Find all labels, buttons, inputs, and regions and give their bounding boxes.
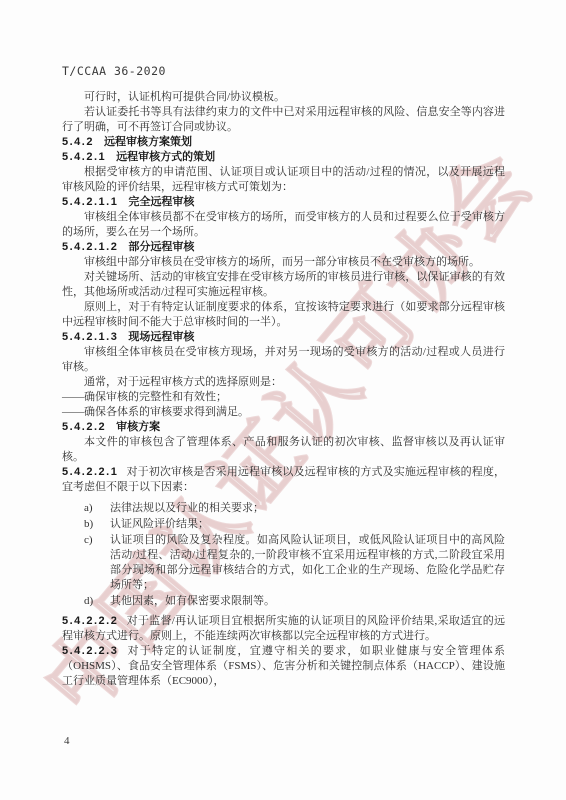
paragraph: 本文件的审核包含了管理体系、产品和服务认证的初次审核、监督审核以及再认证审核。 — [62, 435, 505, 465]
list-marker: c) — [84, 533, 110, 593]
paragraph: 通常，对于远程审核方式的选择原则是： — [62, 375, 505, 390]
section-number: 5.4.2.2 — [62, 421, 106, 433]
section-number: 5.4.2 — [62, 136, 94, 148]
list-item: b)认证风险评价结果； — [62, 517, 505, 532]
section-heading-5-4-2-1-1: 5.4.2.1.1完全远程审核 — [62, 195, 505, 210]
section-number: 5.4.2.1.2 — [62, 241, 118, 253]
clause-paragraph-5-4-2-2-1: 5.4.2.2.1对于初次审核是否采用远程审核以及远程审核的方式及实施远程审核的… — [62, 465, 505, 495]
document-page: 中国认证认可协会 T/CCAA 36-2020 可行时，认证机构可提供合同/协议… — [0, 0, 566, 800]
list-item-text: 认证项目的风险及复杂程度。如高风险认证项目，或低风险认证项目中的高风险活动/过程… — [110, 533, 505, 593]
paragraph: 根据受审核方的申请范围、认证项目或认证项目中的活动/过程的情况，以及开展远程审核… — [62, 165, 505, 195]
paragraph: 审核组全体审核员都不在受审核方的场所，而受审核方的人员和过程要么位于受审核方的场… — [62, 210, 505, 240]
clause-number: 5.4.2.2.1 — [62, 466, 118, 478]
paragraph: 可行时，认证机构可提供合同/协议模板。 — [62, 90, 505, 105]
list-item-text: 其他因素，如有保密要求限制等。 — [110, 594, 505, 609]
section-number: 5.4.2.1 — [62, 151, 106, 163]
list-item-text: 认证风险评价结果； — [110, 517, 505, 532]
list-item: c)认证项目的风险及复杂程度。如高风险认证项目，或低风险认证项目中的高风险活动/… — [62, 533, 505, 593]
clause-paragraph-5-4-2-2-2: 5.4.2.2.2对于监督/再认证项目宜根据所实施的认证项目的风险评价结果,采取… — [62, 614, 505, 644]
list-item-text: 法律法规以及行业的相关要求； — [110, 501, 505, 516]
list-marker: a) — [84, 501, 110, 516]
section-heading-5-4-2-1: 5.4.2.1远程审核方式的策划 — [62, 150, 505, 165]
section-title: 部分远程审核 — [128, 241, 194, 253]
section-title: 完全远程审核 — [128, 196, 194, 208]
clause-text: 对于初次审核是否采用远程审核以及远程审核的方式及实施远程审核的程度，宜考虑但不限… — [62, 466, 505, 493]
section-heading-5-4-2-2: 5.4.2.2审核方案 — [62, 420, 505, 435]
section-number: 5.4.2.1.1 — [62, 196, 118, 208]
section-title: 审核方案 — [116, 421, 160, 433]
section-title: 远程审核方案策划 — [104, 136, 192, 148]
paragraph: 审核组全体审核员在受审核方现场，并对另一现场的受审核方的活动/过程或人员进行审核… — [62, 345, 505, 375]
section-heading-5-4-2-1-3: 5.4.2.1.3现场远程审核 — [62, 330, 505, 345]
list-marker: b) — [84, 517, 110, 532]
document-body: 可行时，认证机构可提供合同/协议模板。 若认证委托书等具有法律约束力的文件中已对… — [62, 90, 505, 689]
section-number: 5.4.2.1.3 — [62, 331, 118, 343]
clause-number: 5.4.2.2.3 — [62, 645, 118, 657]
clause-text: 对于特定的认证制度，宜遵守相关的要求，如职业健康与安全管理体系（OHSMS）、食… — [62, 645, 505, 687]
clause-number: 5.4.2.2.2 — [62, 615, 118, 627]
list-item: d)其他因素，如有保密要求限制等。 — [62, 594, 505, 609]
list-item: a)法律法规以及行业的相关要求； — [62, 501, 505, 516]
section-title: 远程审核方式的策划 — [116, 151, 215, 163]
paragraph: 审核组中部分审核员在受审核方的场所，而另一部分审核员不在受审核方的场所。 — [62, 255, 505, 270]
running-header: T/CCAA 36-2020 — [62, 64, 166, 78]
paragraph: 原则上，对于有特定认证制度要求的体系，宜按该特定要求进行（如要求部分远程审核中远… — [62, 300, 505, 330]
dash-list-item: ——确保审核的完整性和有效性； — [62, 390, 505, 405]
section-title: 现场远程审核 — [128, 331, 194, 343]
section-heading-5-4-2: 5.4.2远程审核方案策划 — [62, 135, 505, 150]
page-number: 4 — [64, 735, 70, 747]
list-marker: d) — [84, 594, 110, 609]
lettered-list: a)法律法规以及行业的相关要求； b)认证风险评价结果； c)认证项目的风险及复… — [62, 501, 505, 609]
clause-paragraph-5-4-2-2-3: 5.4.2.2.3对于特定的认证制度，宜遵守相关的要求，如职业健康与安全管理体系… — [62, 644, 505, 689]
section-heading-5-4-2-1-2: 5.4.2.1.2部分远程审核 — [62, 240, 505, 255]
clause-text: 对于监督/再认证项目宜根据所实施的认证项目的风险评价结果,采取适宜的远程审核方式… — [62, 615, 505, 642]
paragraph: 若认证委托书等具有法律约束力的文件中已对采用远程审核的风险、信息安全等内容进行了… — [62, 105, 505, 135]
dash-list-item: ——确保各体系的审核要求得到满足。 — [62, 405, 505, 420]
paragraph: 对关键场所、活动的审核宜安排在受审核方场所的审核员进行审核，以保证审核的有效性，… — [62, 270, 505, 300]
